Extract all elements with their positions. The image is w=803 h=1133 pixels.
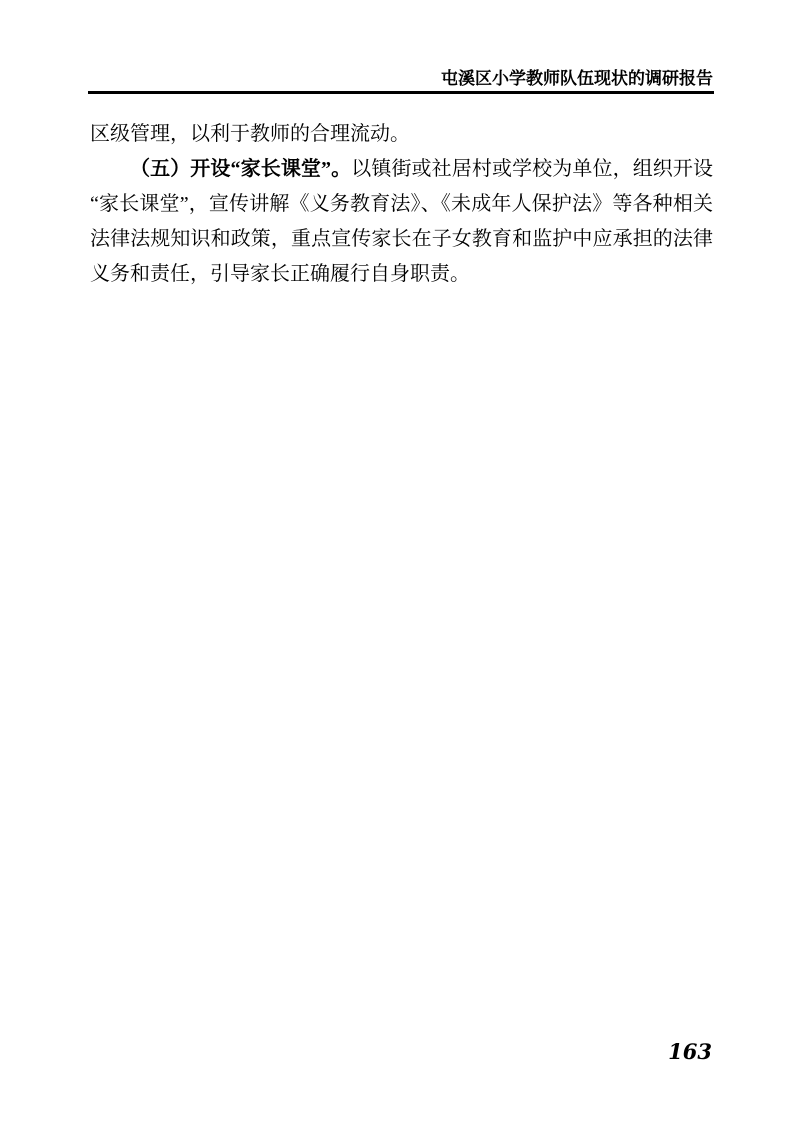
body-text: 区级管理，以利于教师的合理流动。 （五）开设“家长课堂”。以镇街或社居村或学校为… xyxy=(90,117,713,292)
paragraph-lead-bold: （五）开设“家长课堂”。 xyxy=(130,158,351,180)
header-rule xyxy=(88,91,714,94)
paragraph-section-five: （五）开设“家长课堂”。以镇街或社居村或学校为单位，组织开设“家长课堂”，宣传讲… xyxy=(90,152,713,292)
document-page: 屯溪区小学教师队伍现状的调研报告 区级管理，以利于教师的合理流动。 （五）开设“… xyxy=(0,0,803,1133)
page-number: 163 xyxy=(668,1039,712,1064)
paragraph-continuation: 区级管理，以利于教师的合理流动。 xyxy=(90,117,713,152)
header-title: 屯溪区小学教师队伍现状的调研报告 xyxy=(441,64,713,89)
